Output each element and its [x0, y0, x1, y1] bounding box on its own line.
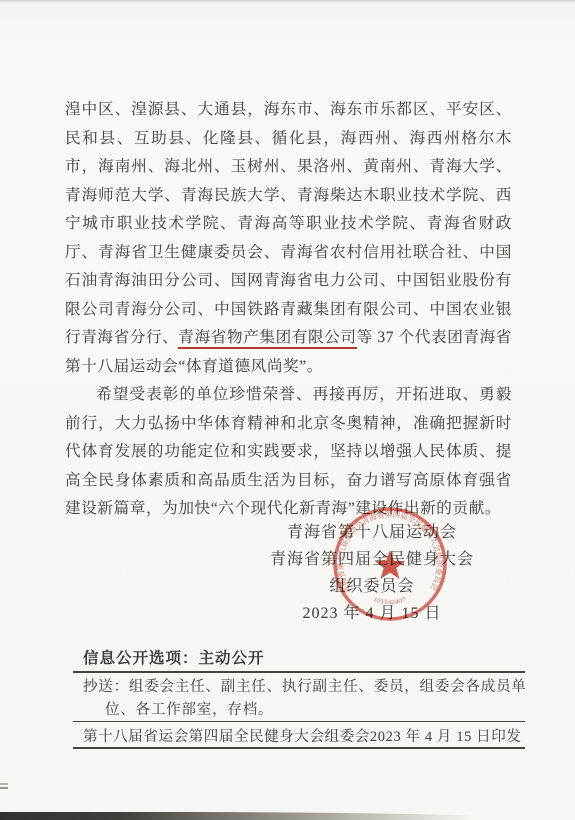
paragraph-award-list: 湟中区、湟源县、大通县，海东市、海东市乐都区、平安区、民和县、互助县、化隆县、循…	[65, 96, 512, 381]
scan-bottom-shadow-artifact	[0, 812, 540, 820]
issuer-name: 第十八届省运会第四届全民健身大会组委会	[83, 725, 370, 746]
award-list-text: 湟中区、湟源县、大通县，海东市、海东市乐都区、平安区、民和县、互助县、化隆县、循…	[65, 101, 512, 346]
signature-org-line1: 青海省第十八届运动会	[210, 519, 534, 546]
issuer-row: 第十八届省运会第四届全民健身大会组委会 2023 年 4 月 15 日印发	[83, 725, 499, 746]
signature-org-line2: 青海省第四届全民健身大会	[210, 546, 534, 573]
footer-rule-top	[73, 671, 525, 673]
signature-org-line3: 组织委员会	[210, 573, 534, 600]
scanned-document-page: 湟中区、湟源县、大通县，海东市、海东市乐都区、平安区、民和县、互助县、化隆县、循…	[0, 0, 575, 820]
footer-rule-middle	[73, 721, 525, 722]
scan-top-edge-artifact	[0, 0, 575, 3]
signature-block: 青海省第十八届运动会 青海省第四届全民健身大会 组织委员会 2023 年 4 月…	[210, 519, 534, 627]
footer-rule-bottom	[73, 747, 525, 749]
paragraph-exhortation: 希望受表彰的单位珍惜荣誉、再接再厉，开拓进取、勇毅前行，大力弘扬中华体育精神和北…	[65, 381, 512, 524]
print-date: 2023 年 4 月 15 日印发	[370, 725, 522, 746]
document-body: 湟中区、湟源县、大通县，海东市、海东市乐都区、平安区、民和县、互助县、化隆县、循…	[65, 96, 512, 524]
signature-date: 2023 年 4 月 15 日	[210, 600, 534, 627]
underlined-company-name: 青海省物产集团有限公司	[178, 329, 356, 349]
scan-left-edge-mark	[0, 787, 8, 789]
disclosure-option-line: 信息公开选项：主动公开	[83, 646, 265, 668]
cc-distribution-block: 抄送：组委会主任、副主任、执行副主任、委员，组委会各成员单位、各工作部室，存档。	[83, 676, 529, 721]
